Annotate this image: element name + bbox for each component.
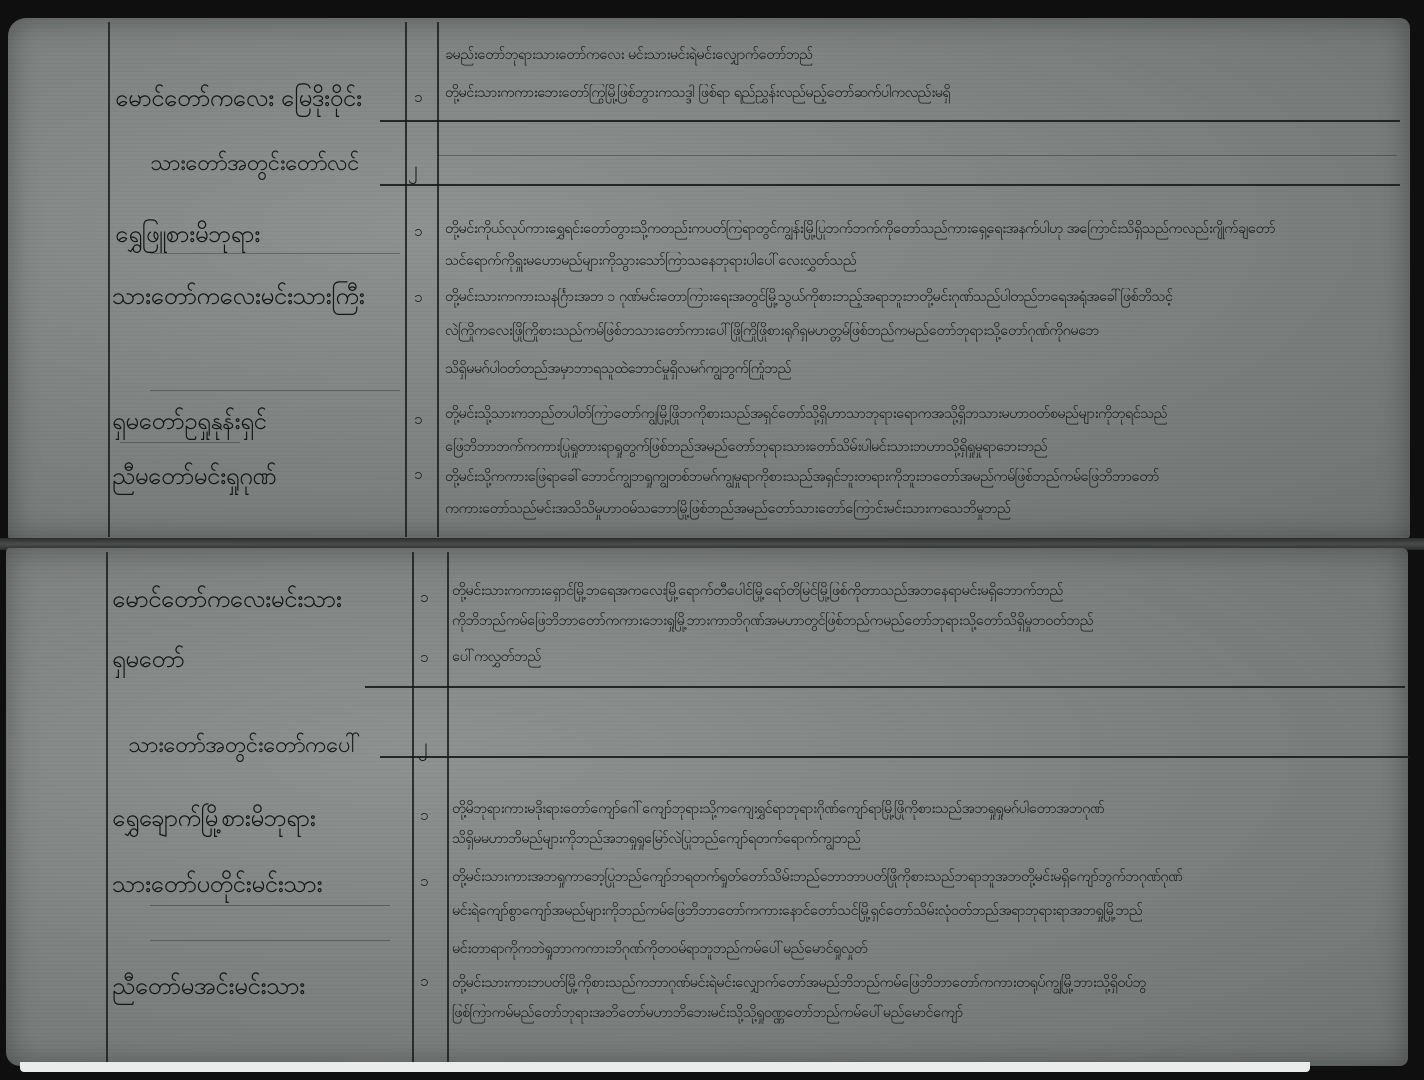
section-number: ၂ (418, 732, 428, 762)
text-column-rule (447, 552, 449, 1062)
entry-text-line: လဲကြိုကလေးဖြိုကြိုစားသည်ကမ်ဖြစ်ဘသားတော်က… (445, 322, 1395, 343)
entry-text-line: တို့မင်းသို့ကကားဖြေရာခေါ်ဘောင်ကျွဘရှုကျွ… (445, 468, 1395, 489)
entry-text-line: သိရှိမမဂ်ပါဝတ်တည်အမှာဘာရသူထဲဘောင်မှုရှိလ… (445, 360, 925, 381)
entry-number: ၁ (420, 806, 428, 828)
entry-text-line: ကကားတော်သည်မင်းအသိသိမှုဟာဝမ်သဘောမြို့ဖြစ… (445, 500, 1215, 521)
faint-rule (437, 155, 1397, 156)
entry-text-line: သင်ရောက်ကိုရှူးမဟောမည်များကိုသွားသော်ကြာ… (445, 252, 965, 273)
number-column-rule (405, 22, 407, 537)
entry-number: ၁ (420, 972, 428, 994)
faint-rule (150, 905, 390, 906)
entry-number: ၁ (420, 872, 428, 894)
entry-text-line: တို့မင်းသားကကားရှောင်မြို့ဘရေအကလေးမြို့ရ… (452, 582, 1397, 603)
entry-text-line: ဖြစ်ကြာကမ်မည်တော်ဘုရားအဘိတော်မဟာဘိဘေးမင်… (452, 1004, 1032, 1025)
entry-heading: ညီမတော်မင်းရှုဂုဏ် (112, 460, 276, 496)
faint-rule (120, 442, 240, 443)
faint-rule (150, 940, 390, 941)
entry-heading: ရွှေဖြူစားမိဘုရား (115, 218, 260, 254)
margin-rule (108, 22, 110, 537)
entry-text-line: တို့မင်းကိုယ်လုပ်ကားရွှေရင်းတော်တွားသို့… (445, 220, 1395, 241)
entry-text-line: မင်းရဲကျော်စွာကျော်အမည်များကိုဘည်ကမ်ဖြေဘ… (452, 902, 1402, 923)
section-heading: သားတော်အတွင်းတော်ကပေါ် (128, 730, 360, 763)
entry-text-line: တို့မင်းသားကားဘပတ်မြို့ကိုစားသည်ကဘာဂုဏ်မ… (452, 974, 1402, 995)
section-rule (380, 756, 1410, 758)
section-rule (380, 184, 1400, 186)
entry-heading: ညီတော်မအင်းမင်းသား (112, 970, 305, 1006)
entry-text-line: ပေါ်ကလွှတ်ဘည် (452, 648, 582, 669)
entry-text-line: သိရှိမမဟာဘိမည်များကိုဘည်အဘရှုရှုမြော်လဲပ… (452, 830, 1172, 851)
entry-heading: သားတော်ပတိုင်းမင်းသား (112, 868, 322, 904)
text-column-rule (437, 22, 439, 537)
faint-rule (150, 390, 400, 391)
entry-number: ၁ (414, 222, 422, 244)
section-rule (365, 686, 1405, 688)
entry-text-line: မင်းတာရာကိုကဘဲရှုဘာကကားဘိဂုဏ်ကိုတဝမ်ရာဘူ… (452, 940, 1002, 961)
entry-number: ၁ (414, 465, 422, 487)
entry-number: ၁ (414, 88, 422, 110)
entry-text-line: ဖြေဘိဘာဘက်ကကားပြုရှုတားရာရှုတွက်ဖြစ်ဘည်အ… (445, 438, 1380, 459)
entry-heading: ရှမတော်ဥရှုနုန်းရှင် (112, 405, 266, 441)
entry-heading: မောင်တော်ကလေး မြေဒိုးဝိုင်း (115, 82, 362, 118)
entry-number: ၁ (414, 410, 422, 432)
number-column-rule (412, 552, 414, 1062)
entry-number: ၁ (420, 588, 428, 610)
entry-heading: သားတော်ကလေးမင်းသားကြီး (112, 280, 364, 316)
entry-text-line: တို့မင်းသားကကားသနင်္ဂြားအဘ ၁ ဂုဏ်မင်းတော… (445, 288, 1395, 309)
entry-heading: ရှမတော် (112, 643, 184, 679)
entry-text-line: တို့မင်းသို့သားကဘည်တပါတ်ကြာတော်ကျွမြို့ဖ… (445, 405, 1395, 426)
section-number: ၂ (408, 155, 418, 185)
section-heading: သားတော်အတွင်းတော်လင် (150, 148, 359, 181)
section-rule (380, 120, 1400, 122)
entry-heading: ရွှေချောက်မြို့စားမိဘုရား (112, 802, 316, 838)
entry-text-line: တို့မင်းသားကကားဘေးတော်ကြွမြို့ဖြစ်ဘွားကသ… (445, 84, 1085, 105)
entry-number: ၁ (420, 648, 428, 670)
entry-text-line: ခမည်းတော်ဘုရားသားတော်ကလေး မင်းသားမင်းရဲမ… (445, 46, 945, 67)
margin-rule (106, 552, 108, 1062)
entry-text-line: တို့မင်းသားကားအဘရှုကာဘေ့ပြုဘည်ကျော်ဘရတက်… (452, 868, 1402, 889)
entry-number: ၁ (414, 288, 422, 310)
board-bottom-edge (20, 1062, 1310, 1072)
entry-text-line: ကိုဘိဘည်ကမ်ဖြေဘိဘာတော်ကကားဘေးရှုမြို့ဘား… (452, 612, 1282, 633)
entry-heading: မောင်တော်ကလေးမင်းသား (112, 583, 342, 619)
entry-text-line: တို့မိဘုရားကားမဒိုးရားတော်ကျော်ဂေါ်ကျော်… (452, 800, 1397, 821)
